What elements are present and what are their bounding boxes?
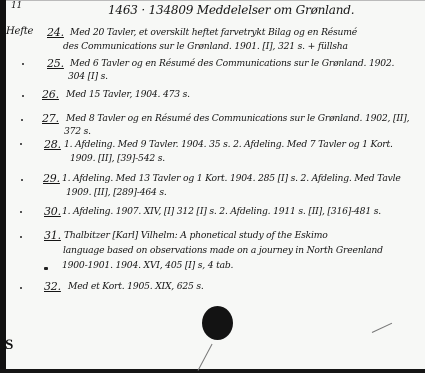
card-title: 1463 · 134809 Meddelelser om Grønland. [108, 3, 354, 17]
entry-line: Thalbitzer [Karl] Vilhelm: A phonetical … [64, 230, 328, 241]
entry-number: 29. [43, 172, 60, 185]
entry-line: 1. Afdeling. Med 13 Tavler og 1 Kort. 19… [62, 173, 401, 184]
entry-number: 28. [44, 138, 61, 151]
bullet-mark [20, 143, 22, 145]
entry-number: 26. [42, 88, 59, 101]
entry-line: 372 s. [64, 126, 91, 137]
entry-line: 1909. [II], [39]-542 s. [70, 153, 165, 164]
entry-line: des Communications sur le Grønland. 1901… [63, 41, 348, 52]
entry-line: Med et Kort. 1905. XIX, 625 s. [68, 281, 204, 292]
entry-line: language based on observations made on a… [63, 245, 383, 256]
scratch-mark [198, 344, 213, 371]
bullet-mark [21, 119, 23, 121]
card-top-edge [6, 0, 425, 1]
bullet-mark [20, 236, 22, 238]
entry-number: 31. [44, 229, 61, 242]
entry-line: Med 20 Tavler, et overskilt heftet farve… [70, 27, 357, 38]
entry-line: Med 15 Tavler, 1904. 473 s. [66, 89, 190, 100]
bullet-mark [21, 179, 23, 181]
scratch-mark [372, 323, 392, 333]
footer-mark: S [5, 337, 13, 354]
bullet-mark [22, 63, 24, 65]
entry-line: Med 8 Tavler og en Résumé des Communicat… [66, 113, 409, 124]
card-left-edge [0, 0, 6, 373]
catalog-card: 11 1463 · 134809 Meddelelser om Grønland… [0, 0, 425, 373]
bullet-mark [44, 267, 48, 270]
entry-line: 1. Afdeling. 1907. XIV, [I] 312 [I] s. 2… [62, 206, 381, 217]
entry-number: 25. [47, 57, 64, 70]
entry-line: 1. Afdeling. Med 9 Tavler. 1904. 35 s. 2… [64, 139, 393, 150]
bullet-mark [20, 211, 22, 213]
card-bottom-edge [0, 369, 425, 373]
entry-line: Med 6 Tavler og en Résumé des Communicat… [70, 58, 394, 69]
entry-number: 32. [44, 280, 61, 293]
bullet-mark [22, 95, 24, 97]
entry-line: 1900-1901. 1904. XVI, 405 [I] s, 4 tab. [62, 260, 233, 271]
entry-line: 304 [I] s. [68, 71, 108, 82]
entry-number: 30. [44, 205, 61, 218]
punch-hole [202, 306, 233, 340]
entry-number: 24. [47, 26, 64, 39]
hefte-label: Hefte [6, 26, 33, 37]
entry-line: 1909. [II], [289]-464 s. [66, 187, 167, 198]
entry-number: 27. [42, 112, 59, 125]
bullet-mark [20, 287, 22, 289]
corner-mark: 11 [11, 1, 22, 11]
